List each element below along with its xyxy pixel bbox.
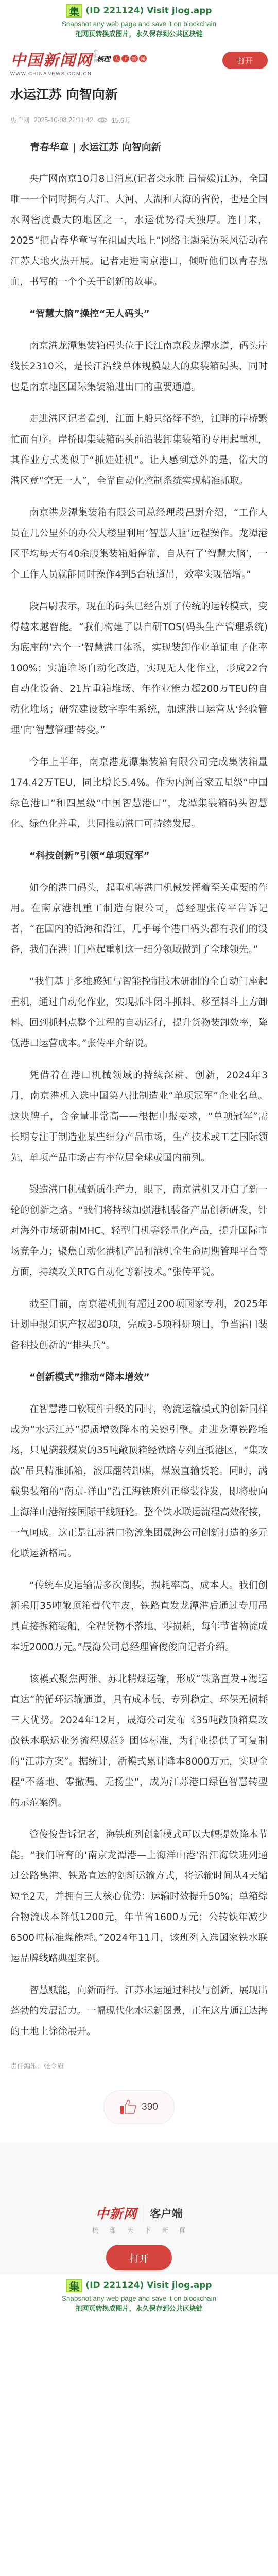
article-paragraph: “我们基于多维感知与智能控制技术研制的全自动门座起重机，通过自动化作业，实现抓斗… xyxy=(10,972,268,1054)
article-paragraph: 该模式聚焦两淮、苏北精煤运输，形成“铁路直发+海运直达”的循环运输通道，具有成本… xyxy=(10,1669,268,1814)
promo-divider xyxy=(144,2206,144,2221)
article-content: 青春华章 | 水运江苏 向智向新 央广网南京10月8日消息(记者栾永胜 吕倩媛)… xyxy=(10,137,268,2042)
jlog-badge-icon: 集 xyxy=(66,4,82,18)
article-views: 15.6万 xyxy=(112,115,131,125)
article-paragraph: 智慧赋能，向新而行。江苏水运通过科技与创新，展现出蓬勃的发展活力。一幅现代化水运… xyxy=(10,1980,268,2042)
jlog-banner-top: 集 (ID 221124) Visit jlog.app Snapshot an… xyxy=(0,0,278,41)
slogan-dot: 闻 xyxy=(139,55,147,62)
article-paragraph: 管俊俊告诉记者，海铁班列创新模式可以大幅提效降本节能。“我们培育的‘南京龙潭港—… xyxy=(10,1825,268,1969)
article-paragraph: 南京港龙潭集装箱码头位于长江南京段龙潭水道，码头岸线长2310米，是长江沿线单体… xyxy=(10,336,268,398)
logo-text: 中国新闻网 xyxy=(10,47,93,70)
section-heading: “创新模式”推动“降本增效” xyxy=(10,1367,268,1388)
header-slogan: 梳理 天 下 新 闻 xyxy=(97,54,147,63)
article-source: 央广网 xyxy=(10,115,30,125)
promo-tagline: 梳理天下新闻 xyxy=(81,2226,197,2234)
slogan-dot: 天 xyxy=(113,55,120,62)
article-paragraph: 在智慧港口软硬件升级的同时，物流运输模式的创新同样成为“水运江苏”提质增效降本的… xyxy=(10,1399,268,1564)
like-section: 390 xyxy=(0,2071,278,2143)
article-paragraph: 央广网南京10月8日消息(记者栾永胜 吕倩媛)江苏，全国唯一一个同时拥有大江、大… xyxy=(10,169,268,293)
responsible-editor: 责任编辑：张令旗 xyxy=(10,2061,268,2071)
article-paragraph: 锻造港口机械新质生产力，眼下，南京港机又开启了新一轮的创新之路。“我们将持续加强… xyxy=(10,1180,268,1283)
article-lead-heading: 青春华章 | 水运江苏 向智向新 xyxy=(10,137,268,158)
article: 水运江苏 向智向新 央广网 2025-10-08 22:11:42 15.6万 … xyxy=(0,84,278,2071)
article-paragraph: 南京港龙潭集装箱有限公司总经理段昌尉介绍，“工作人员在几公里外的办公大楼里利用‘… xyxy=(10,503,268,585)
article-meta: 央广网 2025-10-08 22:11:42 15.6万 xyxy=(10,115,268,125)
article-paragraph: 走进港区记者看到，江面上船只络绎不绝，江畔的岸桥繁忙而有序。岸桥即集装箱码头前沿… xyxy=(10,409,268,492)
jlog-tagline-cn: 把网页转换成图片，永久保存到公共区块链 xyxy=(0,28,278,38)
article-paragraph: 今年上半年，南京港龙潭集装箱有限公司完成集装箱量174.42万TEU，同比增长5… xyxy=(10,752,268,835)
slogan-dot: 下 xyxy=(121,55,129,62)
like-count: 390 xyxy=(142,2102,158,2113)
article-paragraph: 截至目前，南京港机拥有超过200项国家专利，2025年计划申报知识产权超30项，… xyxy=(10,1294,268,1356)
promo-logo: 中新网 xyxy=(95,2204,137,2223)
logo-url: WWW.CHINANEWS.COM.CN xyxy=(10,71,99,77)
eye-icon xyxy=(97,117,108,123)
section-heading: “智慧大脑”操控“无人码头” xyxy=(10,304,268,325)
article-paragraph: 段昌尉表示，现在的码头已经告别了传统的运转模式，变得越来越智能。“我们构建了以自… xyxy=(10,597,268,741)
article-title: 水运江苏 向智向新 xyxy=(10,84,268,105)
slogan-script: 梳理 xyxy=(97,54,110,63)
site-header: 中国新闻网中新网 WWW.CHINANEWS.COM.CN 梳理 天 下 新 闻… xyxy=(0,41,278,82)
jlog-tagline-en: Snapshot any web page and save it on blo… xyxy=(0,2295,278,2302)
section-heading: “科技创新”引领“单项冠军” xyxy=(10,846,268,867)
jlog-tagline-cn: 把网页转换成图片，永久保存到公共区块链 xyxy=(0,2303,278,2313)
jlog-id-text[interactable]: (ID 221124) Visit jlog.app xyxy=(85,6,212,16)
article-paragraph: 凭借着在港口机械领域的持续深耕、创新，2024年3月，南京港机入选中国第八批制造… xyxy=(10,1065,268,1168)
app-promo: 中新网 客户端 梳理天下新闻 打开 xyxy=(0,2143,278,2275)
promo-client-label: 客户端 xyxy=(150,2206,183,2221)
thumbs-up-icon xyxy=(120,2099,136,2115)
jlog-id-text[interactable]: (ID 221124) Visit jlog.app xyxy=(85,2280,212,2291)
jlog-banner-bottom: 集 (ID 221124) Visit jlog.app Snapshot an… xyxy=(0,2275,278,2316)
article-datetime: 2025-10-08 22:11:42 xyxy=(34,116,93,124)
jlog-tagline-en: Snapshot any web page and save it on blo… xyxy=(0,20,278,28)
promo-open-button[interactable]: 打开 xyxy=(106,2245,172,2270)
open-app-button[interactable]: 打开 xyxy=(222,52,268,69)
chinanews-logo[interactable]: 中国新闻网中新网 WWW.CHINANEWS.COM.CN xyxy=(10,47,99,77)
jlog-badge-icon: 集 xyxy=(66,2279,82,2292)
article-paragraph: “传统车皮运输需多次倒装，损耗率高、成本大。我们创新采用35吨敞顶箱替代车皮，铁… xyxy=(10,1575,268,1658)
article-paragraph: 如今的港口码头，起重机等港口机械发挥着至关重要的作用。在南京港机重工制造有限公司… xyxy=(10,878,268,960)
like-button[interactable]: 390 xyxy=(103,2090,175,2124)
slogan-dot: 新 xyxy=(130,55,138,62)
